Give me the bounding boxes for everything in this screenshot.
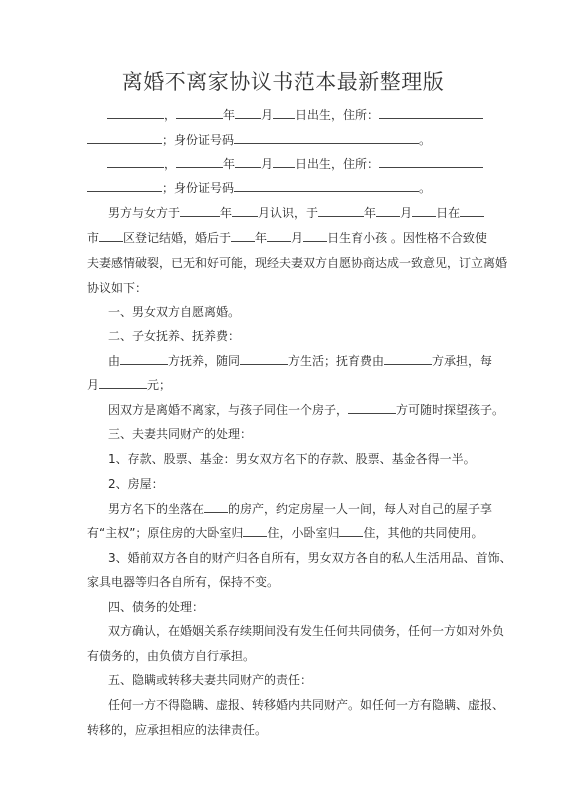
text: 月 bbox=[87, 378, 99, 392]
text: 住，其他的共同使用。 bbox=[363, 526, 483, 540]
section-4-line-2: 有债务的，由负债方自行承担。 bbox=[87, 648, 487, 664]
section-2-line-1: 由方抚养，随同方生活；抚育费由方承担，每 bbox=[87, 353, 508, 369]
blank bbox=[303, 230, 327, 242]
text: 方可随时探望孩子。 bbox=[396, 403, 504, 417]
text: 男方名下的坐落在 bbox=[108, 502, 204, 516]
blank bbox=[384, 353, 432, 365]
blank-day bbox=[273, 156, 295, 168]
text: 月 bbox=[291, 231, 303, 245]
blank-id-number bbox=[234, 132, 419, 144]
text: 月 bbox=[400, 206, 412, 220]
text: 。 bbox=[419, 133, 431, 147]
text: ；身份证号码 bbox=[162, 181, 234, 195]
text: 日生育小孩 。因性格不合致使 bbox=[327, 231, 487, 245]
section-1-heading: 一、男女双方自愿离婚。 bbox=[87, 304, 508, 320]
party2-id-line: ；身份证号码。 bbox=[87, 180, 487, 196]
blank-year bbox=[176, 107, 223, 119]
section-3-item-3-line-1: 3、婚前双方各自的财产归各自所有，男女双方各自的私人生活用品、首饰、 bbox=[87, 550, 508, 566]
section-4-heading: 四、债务的处理： bbox=[87, 599, 508, 615]
text: 。 bbox=[419, 181, 431, 195]
text: 年 bbox=[364, 206, 376, 220]
blank-day bbox=[273, 107, 295, 119]
intro-line-1: 男方与女方于年月认识，于年月日在 bbox=[87, 205, 508, 221]
text: 因双方是离婚不离家，与孩子同住一个房子， bbox=[108, 403, 348, 417]
blank-name bbox=[107, 107, 164, 119]
party2-birth-line: ，年月日出生，住所： bbox=[107, 156, 507, 172]
text: ；身份证号码 bbox=[162, 133, 234, 147]
text: 男方与女方于 bbox=[108, 206, 180, 220]
text: 有“主权”；原住房的大卧室归 bbox=[87, 526, 243, 540]
intro-line-4: 协议如下： bbox=[87, 280, 487, 296]
blank bbox=[412, 205, 436, 217]
blank bbox=[180, 205, 220, 217]
text: 方抚养，随同 bbox=[168, 354, 240, 368]
blank-address bbox=[379, 156, 483, 168]
section-5-line-1: 任何一方不得隐瞒、虚报、转移婚内共同财产。如任何一方有隐瞒、虚报、 bbox=[87, 697, 508, 713]
blank bbox=[460, 205, 484, 217]
blank-name bbox=[87, 132, 162, 144]
party1-id-line: ；身份证号码。 bbox=[87, 132, 487, 148]
blank-name bbox=[87, 180, 162, 192]
blank bbox=[348, 402, 396, 414]
text: 元； bbox=[147, 378, 171, 392]
blank-id-number bbox=[234, 180, 419, 192]
intro-line-3: 夫妻感情破裂，已无和好可能，现经夫妻双方自愿协商达成一致意见，订立离婚 bbox=[87, 255, 487, 271]
section-5-line-2: 转移的，应承担相应的法律责任。 bbox=[87, 722, 487, 738]
section-3-heading: 三、夫妻共同财产的处理： bbox=[87, 426, 508, 442]
text: 年 bbox=[220, 206, 232, 220]
blank bbox=[339, 525, 363, 537]
blank bbox=[120, 353, 168, 365]
text: 月 bbox=[261, 157, 273, 171]
text: 日在 bbox=[436, 206, 460, 220]
blank bbox=[318, 205, 364, 217]
blank bbox=[232, 205, 258, 217]
blank bbox=[204, 501, 228, 513]
blank bbox=[267, 230, 291, 242]
blank bbox=[231, 230, 255, 242]
document-title: 离婚不离家协议书范本最新整理版 bbox=[0, 66, 566, 96]
blank bbox=[376, 205, 400, 217]
blank-address bbox=[379, 107, 483, 119]
section-3-item-2-line-2: 有“主权”；原住房的大卧室归住，小卧室归住，其他的共同使用。 bbox=[87, 525, 487, 541]
text: 月认识，于 bbox=[258, 206, 318, 220]
section-2-line-3: 因双方是离婚不离家，与孩子同住一个房子，方可随时探望孩子。 bbox=[87, 402, 508, 418]
text: 月 bbox=[261, 108, 273, 122]
section-3-item-2-line-1: 男方名下的坐落在的房产，约定房屋一人一间，每人对自己的屋子享 bbox=[87, 501, 508, 517]
text: 年 bbox=[223, 157, 235, 171]
section-3-item-2: 2、房屋： bbox=[87, 476, 508, 492]
text: 日出生，住所： bbox=[295, 108, 379, 122]
party1-birth-line: ，年月日出生，住所： bbox=[107, 107, 507, 123]
document-page: 离婚不离家协议书范本最新整理版 ，年月日出生，住所： ；身份证号码。 ，年月日出… bbox=[0, 0, 566, 800]
blank-name bbox=[107, 156, 164, 168]
blank-year bbox=[176, 156, 223, 168]
text: 方承担，每 bbox=[432, 354, 492, 368]
blank bbox=[99, 230, 123, 242]
text: 由 bbox=[108, 354, 120, 368]
text: 区登记结婚，婚后于 bbox=[123, 231, 231, 245]
text: ， bbox=[164, 157, 176, 171]
blank-month bbox=[235, 156, 261, 168]
text: 年 bbox=[255, 231, 267, 245]
blank-month bbox=[235, 107, 261, 119]
blank bbox=[243, 525, 267, 537]
text: 方生活；抚育费由 bbox=[288, 354, 384, 368]
text: ， bbox=[164, 108, 176, 122]
section-2-heading: 二、子女抚养、抚养费： bbox=[87, 328, 508, 344]
intro-line-2: 市区登记结婚，婚后于年月日生育小孩 。因性格不合致使 bbox=[87, 230, 487, 246]
section-5-heading: 五、隐瞒或转移夫妻共同财产的责任： bbox=[87, 672, 508, 688]
section-3-item-1: 1、存款、股票、基金：男女双方名下的存款、股票、基金各得一半。 bbox=[87, 451, 508, 467]
section-2-line-2: 月元； bbox=[87, 377, 487, 393]
text: 的房产，约定房屋一人一间，每人对自己的屋子享 bbox=[228, 502, 492, 516]
blank bbox=[99, 377, 147, 389]
text: 年 bbox=[223, 108, 235, 122]
section-4-line-1: 双方确认，在婚姻关系存续期间没有发生任何共同债务，任何一方如对外负 bbox=[87, 623, 508, 639]
blank bbox=[240, 353, 288, 365]
text: 日出生，住所： bbox=[295, 157, 379, 171]
text: 市 bbox=[87, 231, 99, 245]
text: 住，小卧室归 bbox=[267, 526, 339, 540]
section-3-item-3-line-2: 家具电器等归各自所有，保持不变。 bbox=[87, 574, 487, 590]
